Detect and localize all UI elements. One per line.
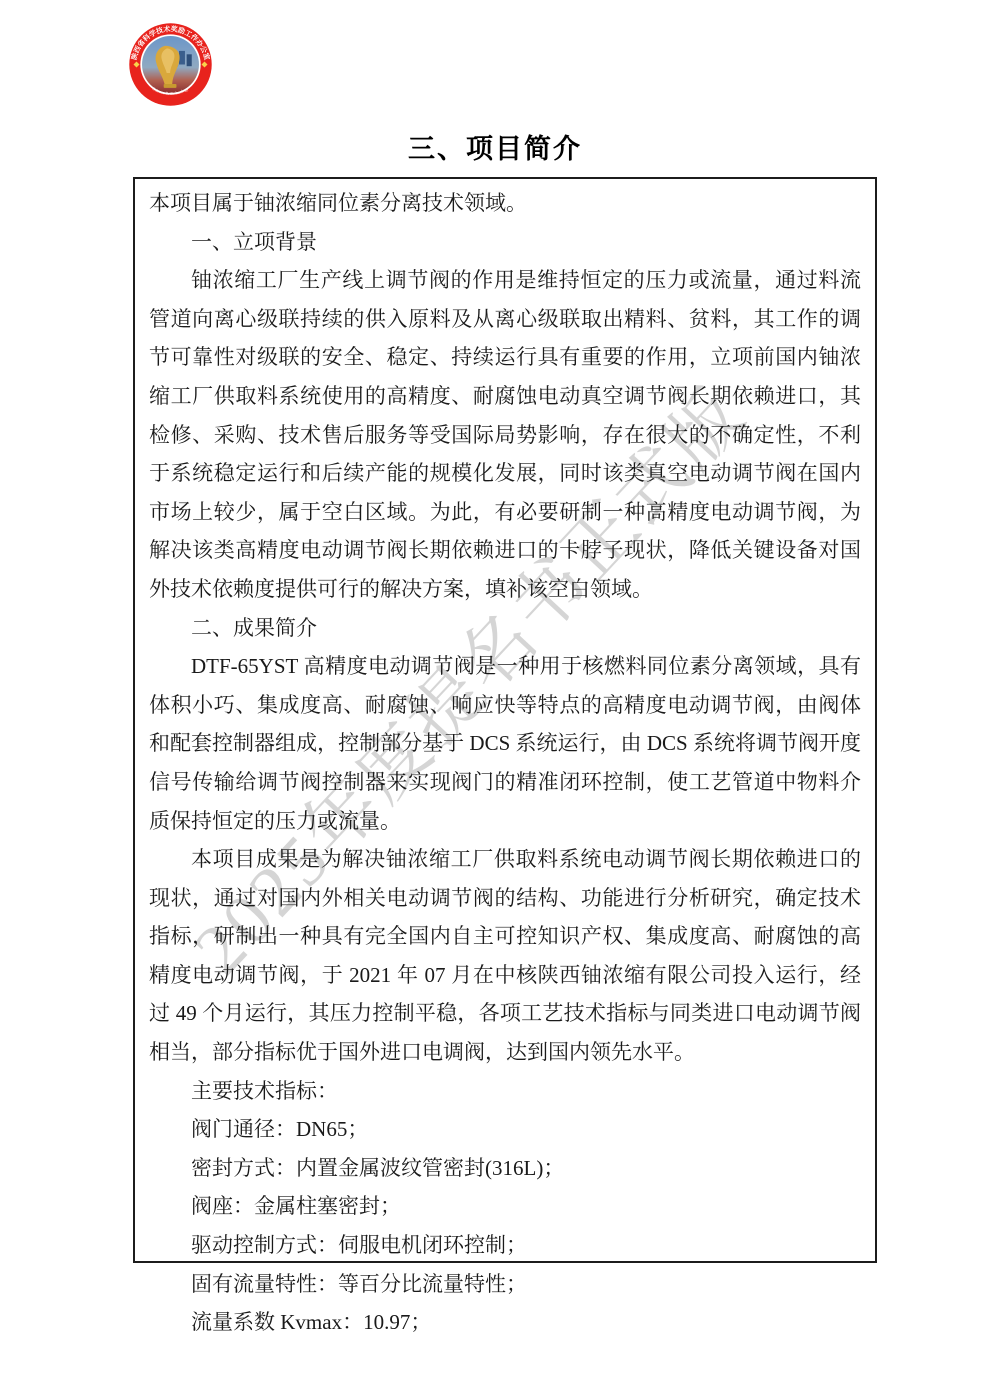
document-page: 陕西省科学技术奖励工作办公室 Science & Technology 2025… bbox=[0, 0, 990, 1399]
paragraph: DTF-65YST 高精度电动调节阀是一种用于核燃料同位素分离领域，具有体积小巧… bbox=[149, 647, 861, 840]
paragraph: 固有流量特性：等百分比流量特性； bbox=[149, 1265, 861, 1304]
paragraph: 流量系数 Kvmax：10.97； bbox=[149, 1303, 861, 1342]
paragraph: 一、立项背景 bbox=[149, 223, 861, 262]
organization-seal-logo: 陕西省科学技术奖励工作办公室 Science & Technology bbox=[128, 22, 213, 107]
paragraph: 驱动控制方式：伺服电机闭环控制； bbox=[149, 1226, 861, 1265]
paragraph: 本项目成果是为解决铀浓缩工厂供取料系统电动调节阀长期依赖进口的现状，通过对国内外… bbox=[149, 840, 861, 1072]
paragraph: 铀浓缩工厂生产线上调节阀的作用是维持恒定的压力或流量，通过料流管道向离心级联持续… bbox=[149, 261, 861, 608]
seal-icon: 陕西省科学技术奖励工作办公室 Science & Technology bbox=[128, 22, 213, 107]
paragraph: 二、成果简介 bbox=[149, 609, 861, 648]
page-title: 三、项目简介 bbox=[0, 127, 990, 166]
trophy-base bbox=[164, 84, 177, 88]
project-intro-box: 本项目属于铀浓缩同位素分离技术领域。一、立项背景铀浓缩工厂生产线上调节阀的作用是… bbox=[133, 177, 877, 1263]
paragraph: 阀门通径：DN65； bbox=[149, 1110, 861, 1149]
building-shape bbox=[179, 51, 185, 65]
paragraph: 阀座：金属柱塞密封； bbox=[149, 1187, 861, 1226]
building-shape bbox=[187, 54, 192, 66]
paragraph: 密封方式：内置金属波纹管密封(316L)； bbox=[149, 1149, 861, 1188]
paragraph: 主要技术指标： bbox=[149, 1072, 861, 1111]
paragraph: 本项目属于铀浓缩同位素分离技术领域。 bbox=[149, 184, 861, 223]
